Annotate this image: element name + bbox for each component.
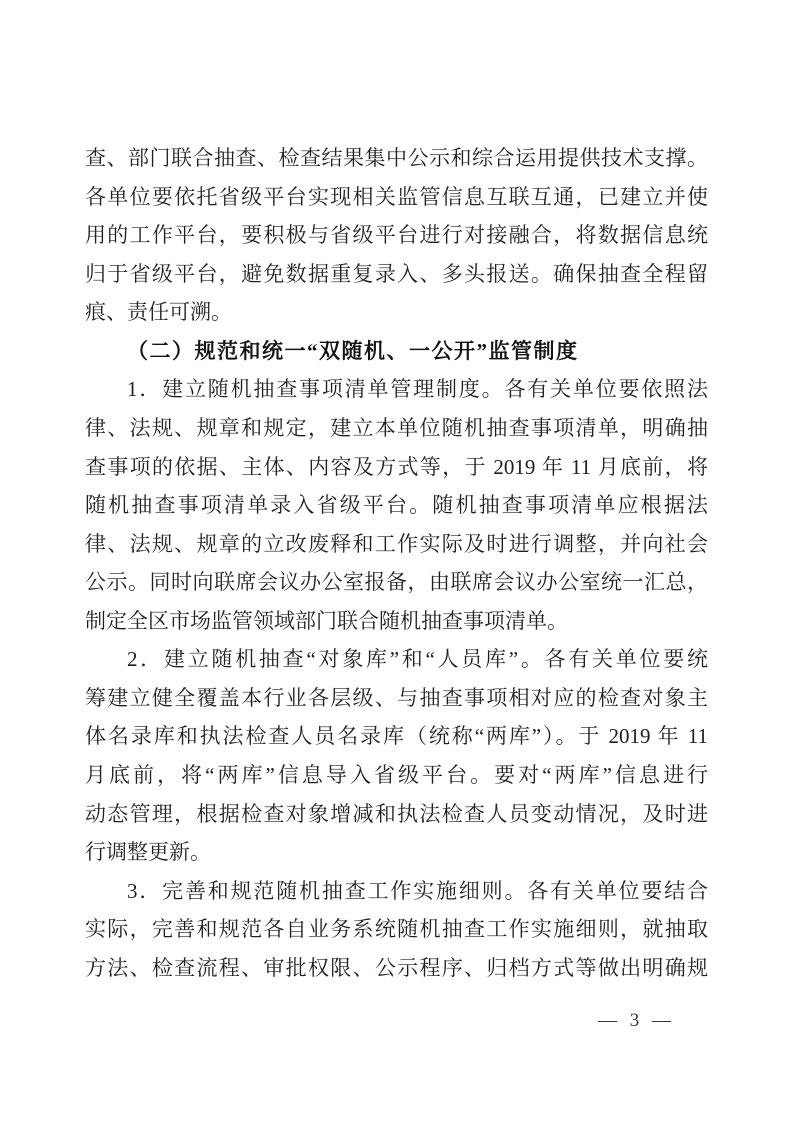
text-line: 方法、检查流程、审批权限、公示程序、归档方式等做出明确规: [85, 949, 708, 988]
text-line: 月底前，将“两库”信息导入省级平台。要对“两库”信息进行: [85, 756, 708, 795]
document-page: 查、部门联合抽查、检查结果集中公示和综合运用提供技术支撑。各单位要依托省级平台实…: [0, 0, 793, 1122]
text-line: 体名录库和执法检查人员名录库（统称“两库”）。于 2019 年 11: [85, 717, 708, 756]
text-line: 公示。同时向联席会议办公室报备，由联席会议办公室统一汇总，: [85, 563, 708, 602]
text-line: 动态管理，根据检查对象增减和执法检查人员变动情况，及时进: [85, 795, 708, 834]
text-line: 2．建立随机抽查“对象库”和“人员库”。各有关单位要统: [85, 640, 708, 679]
text-line: 实际，完善和规范各自业务系统随机抽查工作实施细则，就抽取: [85, 910, 708, 949]
text-line: 行调整更新。: [85, 833, 708, 872]
text-line: 筹建立健全覆盖本行业各层级、与抽查事项相对应的检查对象主: [85, 679, 708, 718]
text-line: 归于省级平台，避免数据重复录入、多头报送。确保抽查全程留: [85, 255, 708, 294]
text-block: 查、部门联合抽查、检查结果集中公示和综合运用提供技术支撑。各单位要依托省级平台实…: [85, 139, 708, 987]
section-heading: （二）规范和统一“双随机、一公开”监管制度: [85, 332, 708, 371]
text-line: 查事项的依据、主体、内容及方式等，于 2019 年 11 月底前，将: [85, 448, 708, 487]
text-line: 律、法规、规章和规定，建立本单位随机抽查事项清单，明确抽: [85, 409, 708, 448]
page-number: — 3 —: [598, 1006, 675, 1036]
text-line: 痕、责任可溯。: [85, 293, 708, 332]
text-line: 律、法规、规章的立改废释和工作实际及时进行调整，并向社会: [85, 525, 708, 564]
text-line: 1．建立随机抽查事项清单管理制度。各有关单位要依照法: [85, 370, 708, 409]
text-line: 用的工作平台，要积极与省级平台进行对接融合，将数据信息统: [85, 216, 708, 255]
text-line: 制定全区市场监管领域部门联合随机抽查事项清单。: [85, 602, 708, 641]
text-line: 各单位要依托省级平台实现相关监管信息互联互通，已建立并使: [85, 178, 708, 217]
text-line: 3．完善和规范随机抽查工作实施细则。各有关单位要结合: [85, 872, 708, 911]
text-line: 随机抽查事项清单录入省级平台。随机抽查事项清单应根据法: [85, 486, 708, 525]
text-line: 查、部门联合抽查、检查结果集中公示和综合运用提供技术支撑。: [85, 139, 708, 178]
